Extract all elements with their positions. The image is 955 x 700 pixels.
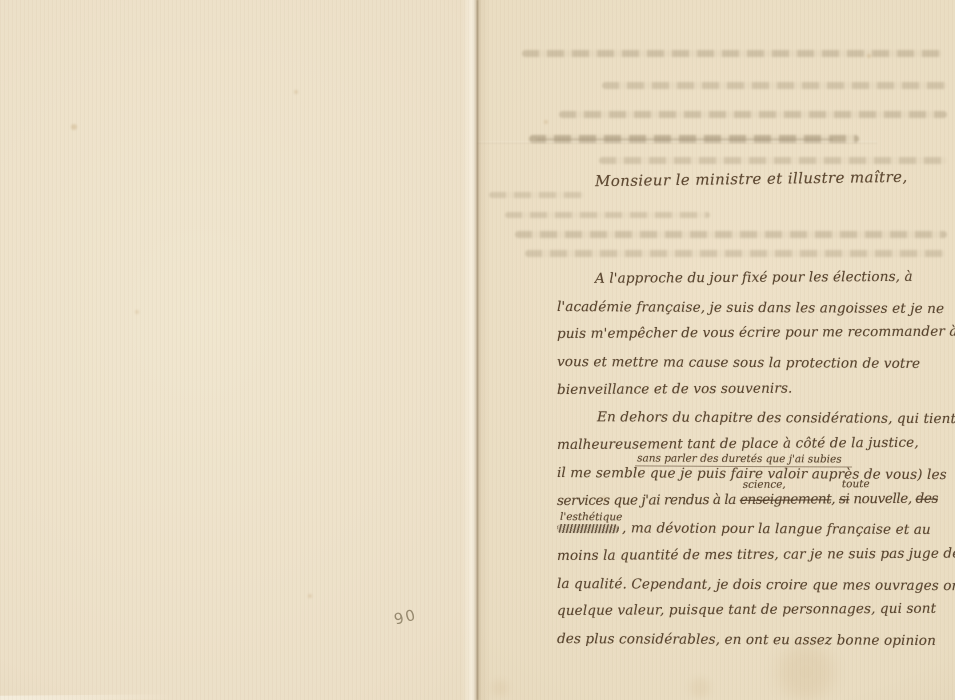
ghost-text-line: [489, 192, 584, 198]
letter-text: services que j'ai rendus à la: [557, 491, 740, 508]
scribbled-out-word: l'esthétique: [557, 524, 619, 533]
letter-text: bienveillance et de vos souvenirs.: [557, 380, 793, 397]
paper-stain: [544, 120, 548, 124]
ghost-text-line: [525, 250, 945, 257]
letter-text: des plus considérables, en ont eu assez …: [557, 631, 936, 649]
interlinear-correction: toute: [842, 479, 870, 490]
paper-stain: [135, 310, 139, 314]
manuscript-scan: 90 Monsieur le ministre et illustre maît…: [0, 0, 955, 700]
letter-text: l'académie française, je suis dans les a…: [557, 299, 944, 317]
letter-text: A l'approche du jour fixé pour les élect…: [595, 269, 913, 287]
letter-text: ,: [831, 491, 839, 507]
strikethrough-text: sitoute: [839, 491, 850, 507]
interlinear-correction: l'esthétique: [560, 512, 622, 523]
ghost-strike-line: [536, 139, 833, 141]
letter-text: malheureusement tant de place à côté de …: [557, 435, 919, 453]
letter-text: quelque valeur, puisque tant de personna…: [557, 601, 936, 619]
interlinear-insertion: sans parler des duretés que j'ai subies: [635, 452, 852, 467]
paper-stain: [778, 644, 834, 700]
ghost-text-line: [559, 111, 947, 118]
salutation-line: Monsieur le ministre et illustre maître,: [595, 168, 908, 190]
paper-stain: [690, 678, 710, 698]
paper-stain: [492, 680, 508, 696]
paper-stain: [602, 496, 606, 500]
interlinear-correction: science,: [743, 479, 786, 490]
letter-text: nouvelle: [849, 490, 908, 506]
horizontal-crease: [477, 141, 877, 144]
letter-text: En dehors du chapitre des considérations…: [597, 410, 955, 428]
pencil-page-number: 90: [392, 605, 419, 628]
left-page: 90: [0, 0, 477, 700]
right-page: Monsieur le ministre et illustre maître,…: [477, 0, 955, 700]
paper-stain: [71, 124, 77, 130]
strikethrough-text: enseignementscience,: [740, 491, 832, 508]
ghost-text-line: [515, 231, 947, 238]
ghost-text-line: [599, 157, 947, 164]
letter-line: des plus considérables, en ont eu assez …: [557, 626, 955, 656]
paper-stain: [308, 594, 312, 598]
strikethrough-text: des: [916, 490, 938, 506]
paper-stain: [867, 54, 871, 58]
letter-text: puis m'empêcher de vous écrire pour me r…: [557, 324, 955, 342]
ghost-text-line: [505, 212, 710, 218]
letter-text: , ma dévotion pour la langue française e…: [622, 521, 931, 539]
letter-line: A l'approche du jour fixé pour les élect…: [557, 264, 955, 294]
letter-line: quelque valeur, puisque tant de personna…: [557, 596, 955, 626]
letter-text: vous et mettre ma cause sous la protecti…: [557, 354, 920, 372]
letter-text: moins la quantité de mes titres, car je …: [557, 545, 955, 563]
letter-text: la qualité. Cependant, je dois croire qu…: [557, 576, 955, 594]
letter-line: moins la quantité de mes titres, car je …: [557, 540, 955, 570]
page-corner-edge: [0, 694, 175, 700]
ghost-text-line: [529, 135, 859, 143]
paper-stain: [294, 90, 298, 94]
letter-text: ,: [908, 490, 916, 506]
ghost-text-line: [522, 50, 942, 57]
letter-line: bienveillance et de vos souvenirs.: [557, 374, 955, 404]
letter-line: puis m'empêcher de vous écrire pour me r…: [557, 319, 955, 349]
ghost-text-line: [602, 82, 947, 89]
letter-body: A l'approche du jour fixé pour les élect…: [557, 266, 955, 654]
